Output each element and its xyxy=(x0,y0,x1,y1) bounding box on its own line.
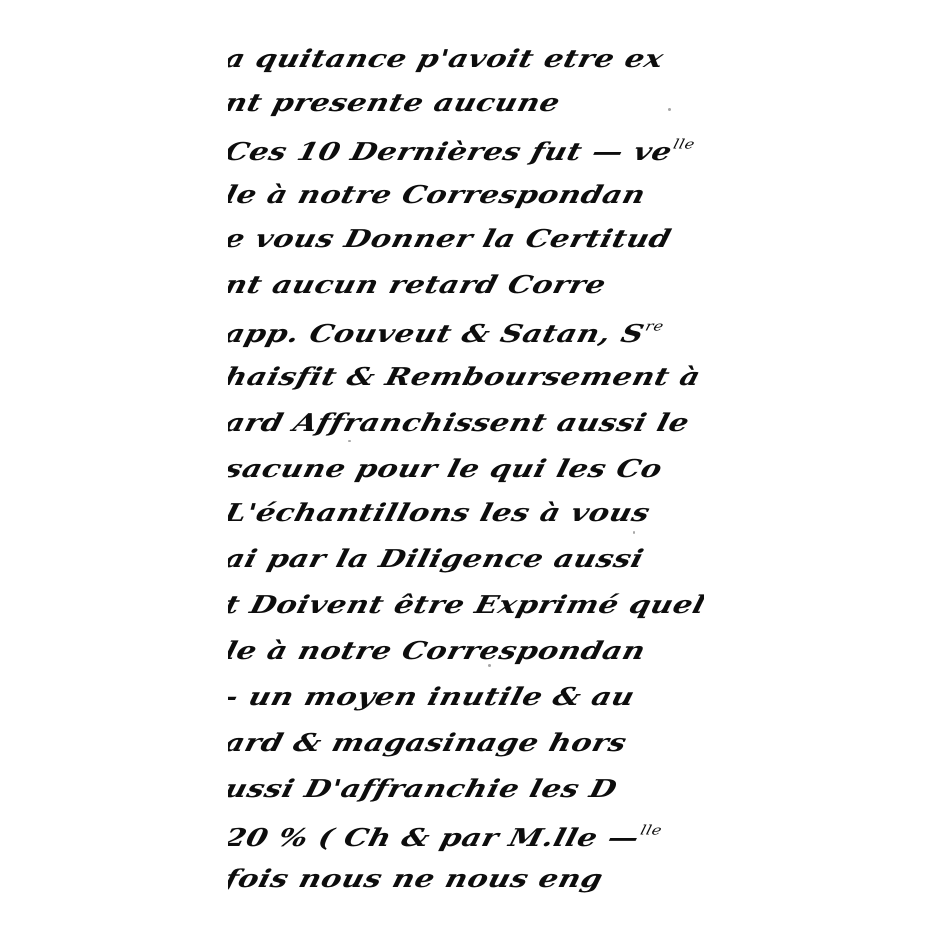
handwritten-line: app. Couveut & Satan, Sre xyxy=(228,320,665,347)
superscript-abbreviation: lle xyxy=(672,136,697,152)
handwritten-line: ai par la Diligence aussi xyxy=(228,547,646,572)
handwritten-line: ard Affranchissent aussi le xyxy=(228,411,692,436)
superscript-abbreviation: re xyxy=(644,318,666,334)
handwritten-line: a quitance p'avoit etre ex xyxy=(228,47,666,72)
ink-speck xyxy=(668,108,671,111)
handwritten-line: 20 % ( Ch & par M.lle —lle xyxy=(228,824,664,851)
ink-speck xyxy=(540,238,542,240)
ink-speck xyxy=(633,531,635,534)
handwritten-line: le à notre Correspondan xyxy=(228,639,648,664)
ink-speck xyxy=(488,664,491,667)
superscript-abbreviation: lle xyxy=(639,822,664,838)
handwritten-line: t Doivent être Exprimé quelq xyxy=(228,593,704,618)
handwritten-line: fois nous ne nous eng xyxy=(228,867,605,892)
handwritten-line: nt presente aucune xyxy=(228,91,563,116)
handwritten-line: ussi D'affranchie les D xyxy=(228,777,619,802)
handwritten-line: haisfit & Remboursement à Orl xyxy=(228,365,704,390)
handwritten-line: nt aucun retard Corre xyxy=(228,273,608,298)
handwritten-line: le à notre Correspondan xyxy=(228,183,648,208)
handwritten-line: ard & magasinage hors xyxy=(228,731,629,756)
manuscript-page: a quitance p'avoit etre ex nt presente a… xyxy=(228,28,704,908)
ink-speck xyxy=(348,440,351,442)
handwritten-line: sacune pour le qui les Co xyxy=(228,457,665,482)
ink-speck xyxy=(608,740,610,742)
handwritten-line: e vous Donner la Certitud xyxy=(228,227,674,252)
handwritten-line: - un moyen inutile & au xyxy=(228,685,637,710)
handwritten-line: Ces 10 Dernières fut — velle xyxy=(228,138,696,165)
handwritten-line: L'échantillons les à vous xyxy=(228,501,652,526)
